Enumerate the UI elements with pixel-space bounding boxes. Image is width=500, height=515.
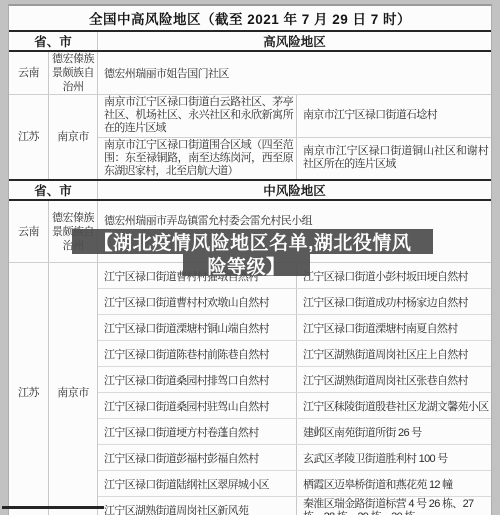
area-cell: 江宁区禄口街道溧塘村铜山端自然村: [98, 315, 297, 340]
area-cell: 江宁区禄口街道曹村村欢墩山自然村: [98, 289, 297, 314]
high-risk-row-yunnan: 云南 德宏傣族景颇族自治州 德宏州瑞丽市姐告国门社区: [9, 52, 491, 95]
table-row: 江宁区禄口街道陆纲社区翠屏城小区 栖霞区迈皋桥街道和燕花苑 12 幢: [98, 471, 491, 497]
table-row: 江宁区禄口街道溧塘村铜山端自然村 江宁区禄口街道溧塘村南夏自然村: [98, 315, 491, 341]
area-cell: 德宏州瑞丽市姐告国门社区: [98, 52, 491, 94]
area-cell: 江宁区湖熟街道周岗社区张巷自然村: [297, 367, 491, 392]
area-cell: 江宁区禄口街道小彭村坂田埂自然村: [297, 263, 491, 288]
area-cell: 江宁区禄口街道桑园村驻驾山自然村: [98, 393, 297, 418]
area-cell: 江宁区禄口街道埂方村卷蓬自然村: [98, 419, 297, 444]
area-cell: 南京市江宁区禄口街道铜山社区和谢村社区所在的连片区域: [297, 138, 491, 180]
table-row: 江宁区禄口街道陈巷村前陈巷自然村 江宁区湖熟街道周岗社区庄上自然村: [98, 341, 491, 367]
area-cell: 栖霞区迈皋桥街道和燕花苑 12 幢: [297, 471, 491, 496]
header-medium-risk-areas: 中风险地区: [98, 181, 491, 199]
area-cell: 江宁区禄口街道溧塘村南夏自然村: [297, 315, 491, 340]
page: { "title_bar": { "text": "全国中高风险地区（截至 20…: [0, 0, 500, 515]
city-cell: 南京市: [49, 95, 98, 179]
area-cell: 江宁区禄口街道陈巷村前陈巷自然村: [98, 341, 297, 366]
table-title: 全国中高风险地区（截至 2021 年 7 月 29 日 7 时）: [9, 6, 491, 32]
area-cell: 江宁区秣陵街道殷巷社区龙湖文馨苑小区: [297, 393, 491, 418]
area-cell: 江宁区禄口街道桑园村排驾口自然村: [98, 367, 297, 392]
table-row: 江宁区禄口街道埂方村卷蓬自然村 建邺区南苑街道所街 26 号: [98, 419, 491, 445]
high-risk-row-jiangsu: 江苏 南京市 南京市江宁区禄口街道白云路社区、茅亭社区、机场社区、永兴社区和永欣…: [9, 95, 491, 179]
table-row: 南京市江宁区禄口街道白云路社区、茅亭社区、机场社区、永兴社区和永欣新寓所在的连片…: [98, 95, 491, 137]
area-cell: 江宁区湖熟街道周岗社区庄上自然村: [297, 341, 491, 366]
table-row: 南京市江宁区禄口街道围合区域（四至范围：东至禄铜路，南至达练岗河，西至原东湖迟家…: [98, 137, 491, 180]
table-bottom-border-segment: [2, 506, 104, 509]
header-high-risk-areas: 高风险地区: [98, 32, 491, 50]
city-cell: 德宏傣族景颇族自治州: [49, 52, 98, 94]
table-row: 江宁区湖熟街道周岗社区新风苑 秦淮区瑞金路街道标营 4 号 26 栋、27 栋、…: [98, 497, 491, 515]
province-cell: 云南: [9, 52, 49, 94]
area-cell: 南京市江宁区禄口街道围合区域（四至范围：东至禄铜路，南至达练岗河，西至原东湖迟家…: [98, 138, 297, 180]
city-cell: 南京市: [49, 263, 98, 515]
area-cell: 江宁区禄口街道彭福村彭福自然村: [98, 445, 297, 470]
high-risk-header-row: 省、市 高风险地区: [9, 32, 491, 52]
area-cell: 秦淮区瑞金路街道标营 4 号 26 栋、27 栋、28 栋、29 栋、30 栋: [297, 497, 491, 515]
header-province-city: 省、市: [9, 32, 98, 50]
table-row: 江宁区禄口街道桑园村驻驾山自然村 江宁区秣陵街道殷巷社区龙湖文馨苑小区: [98, 393, 491, 419]
province-cell: 江苏: [9, 263, 49, 515]
area-cell: 玄武区孝陵卫街道胜利村 100 号: [297, 445, 491, 470]
watermark-overlay-line2: 险等级】: [183, 254, 310, 276]
table-row: 江宁区禄口街道桑园村排驾口自然村 江宁区湖熟街道周岗社区张巷自然村: [98, 367, 491, 393]
area-cell: 江宁区禄口街道成功村杨家边自然村: [297, 289, 491, 314]
area-cell: 江宁区湖熟街道周岗社区新风苑: [98, 497, 297, 515]
area-cell: 南京市江宁区禄口街道石埝村: [297, 95, 491, 137]
area-cell: 江宁区禄口街道陆纲社区翠屏城小区: [98, 471, 297, 496]
high-risk-area-pairs: 南京市江宁区禄口街道白云路社区、茅亭社区、机场社区、永兴社区和永欣新寓所在的连片…: [98, 95, 491, 179]
province-cell: 江苏: [9, 95, 49, 179]
table-row: 江宁区禄口街道彭福村彭福自然村 玄武区孝陵卫街道胜利村 100 号: [98, 445, 491, 471]
area-cell: 建邺区南苑街道所街 26 号: [297, 419, 491, 444]
medium-risk-header-row: 省、市 中风险地区: [9, 179, 491, 201]
watermark-overlay-line1: 【湖北疫情风险地区名单,湖北役情风: [72, 229, 433, 254]
province-cell: 云南: [9, 201, 49, 262]
table-row: 江宁区禄口街道曹村村欢墩山自然村 江宁区禄口街道成功村杨家边自然村: [98, 289, 491, 315]
medium-risk-area-pairs: 江宁区禄口街道曹村村獾墩自然村 江宁区禄口街道小彭村坂田埂自然村 江宁区禄口街道…: [98, 263, 491, 515]
header-province-city: 省、市: [9, 181, 98, 199]
medium-risk-row-jiangsu: 江苏 南京市 江宁区禄口街道曹村村獾墩自然村 江宁区禄口街道小彭村坂田埂自然村 …: [9, 263, 491, 515]
area-cell: 南京市江宁区禄口街道白云路社区、茅亭社区、机场社区、永兴社区和永欣新寓所在的连片…: [98, 95, 297, 137]
